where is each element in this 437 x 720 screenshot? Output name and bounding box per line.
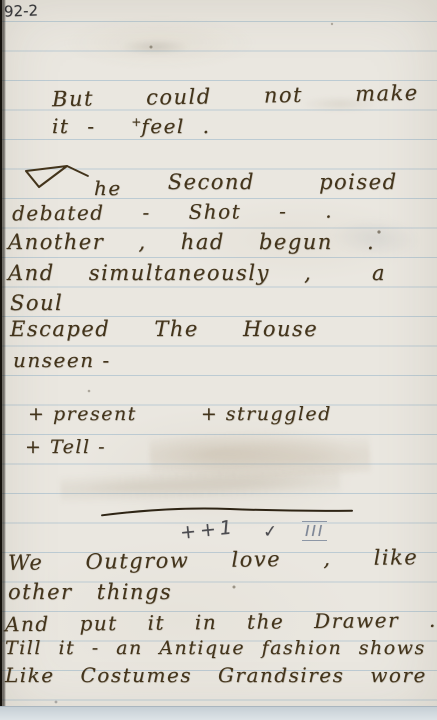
- line-text: a: [372, 261, 386, 285]
- poem-line: unseen -: [13, 348, 111, 372]
- line-text: he: [94, 176, 122, 200]
- variant-word: + Tell -: [25, 436, 106, 458]
- variant-word: + present: [28, 403, 137, 425]
- poem-line: Another , had begun .: [8, 230, 375, 254]
- poem-line: And simultaneously , a: [8, 261, 386, 285]
- variant-annotation-row: + present + struggled: [28, 403, 332, 425]
- verso-showthrough-smudge: [120, 40, 190, 54]
- poem-line: it - +feel .: [52, 114, 211, 138]
- spacer: [137, 403, 201, 425]
- line-text: feel .: [141, 114, 210, 138]
- line-text: it -: [52, 114, 96, 138]
- poem-line: Like Costumes Grandsires wore .: [5, 663, 437, 687]
- pencil-numeral: III: [302, 521, 327, 541]
- poem-line: he Second poised -: [22, 162, 437, 200]
- poem-line: Soul: [10, 291, 63, 315]
- variant-word: + struggled: [201, 403, 332, 425]
- poem-line: debated - Shot - .: [12, 199, 333, 226]
- poem-line: Escaped The House: [10, 317, 318, 341]
- scan-left-edge: [0, 0, 6, 720]
- manuscript-page: 92-2 But could not make it - +feel . he …: [0, 0, 437, 720]
- variant-marker: +: [131, 115, 141, 129]
- line-text: And simultaneously ,: [8, 261, 312, 285]
- archival-number: 92-2: [4, 1, 39, 20]
- caret-triangle-icon: [22, 162, 90, 197]
- poem-line: And put it in the Drawer .: [5, 608, 437, 637]
- poem-line: Till it - an Antique fashion shows .: [5, 637, 437, 659]
- line-text: Second poised -: [168, 170, 437, 194]
- checkmark-icon: ✓: [262, 522, 278, 543]
- poem-line: other things: [8, 580, 172, 604]
- scan-bottom-edge: [0, 706, 437, 720]
